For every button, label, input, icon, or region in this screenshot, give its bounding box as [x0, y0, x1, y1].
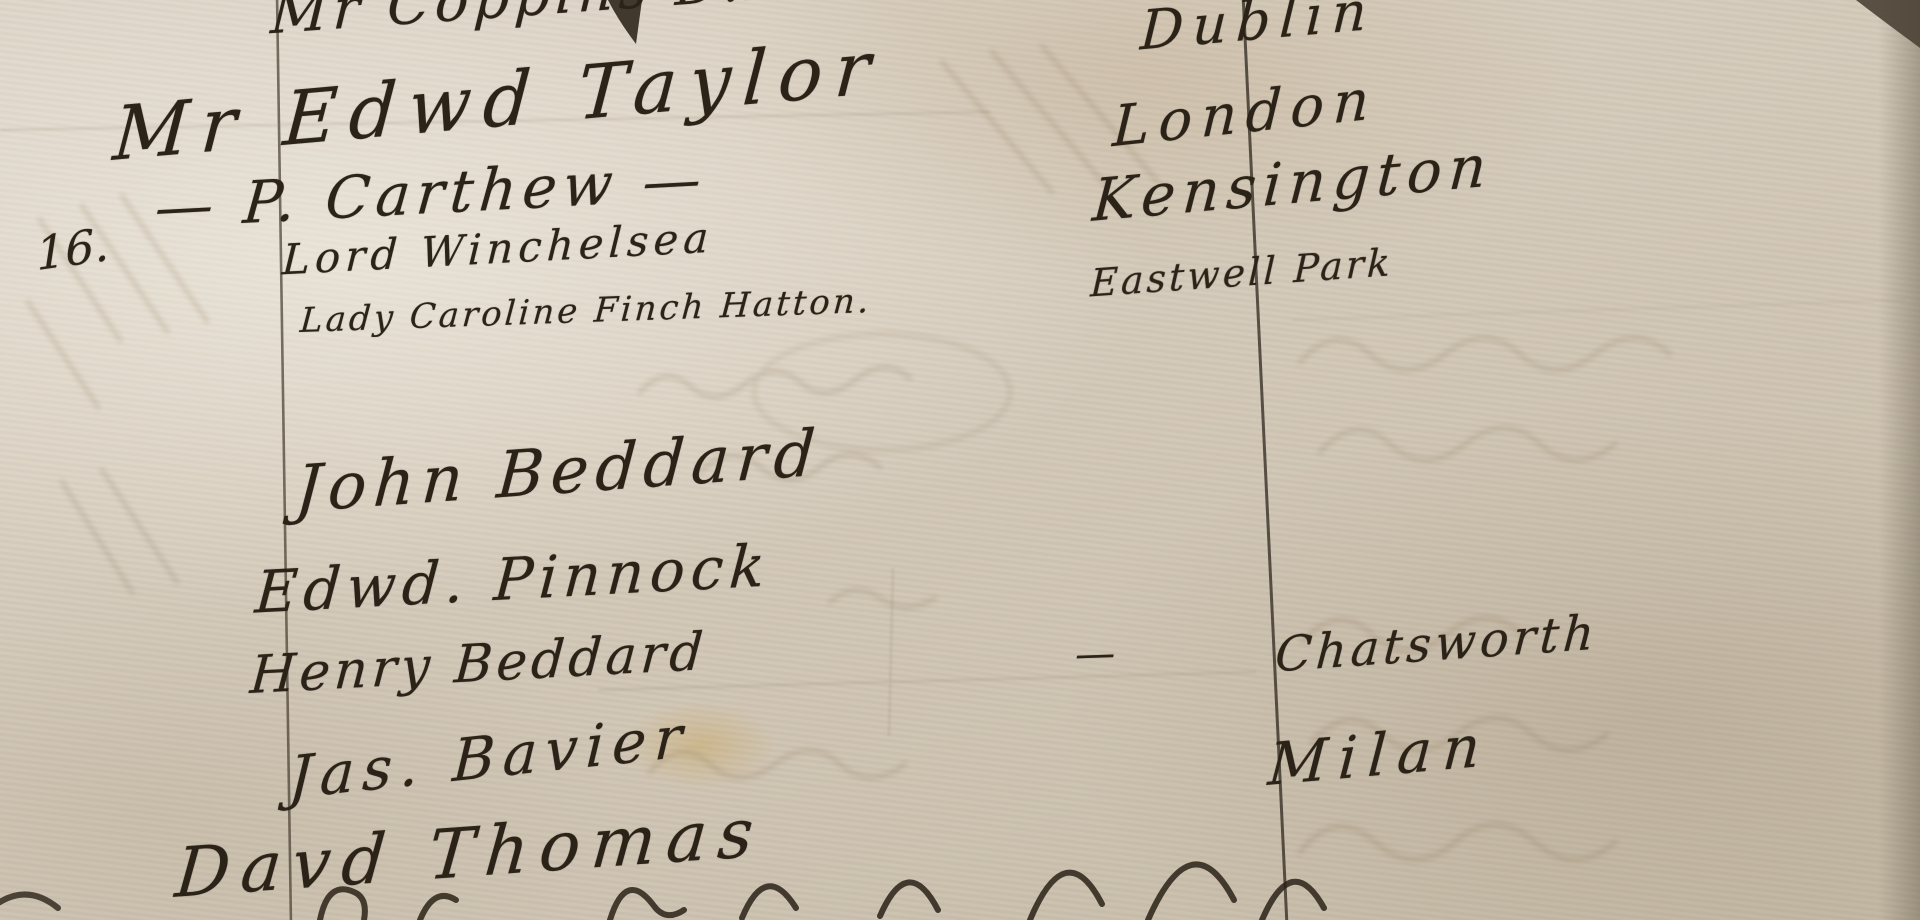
page-edge-shading [1878, 0, 1920, 920]
entry-day-number: 16. [36, 221, 110, 277]
entry-ditto-dash: — [1074, 633, 1115, 674]
register-page: Mr Coppins D.L.L. Dublin Mr Edwd Taylor … [0, 0, 1920, 920]
